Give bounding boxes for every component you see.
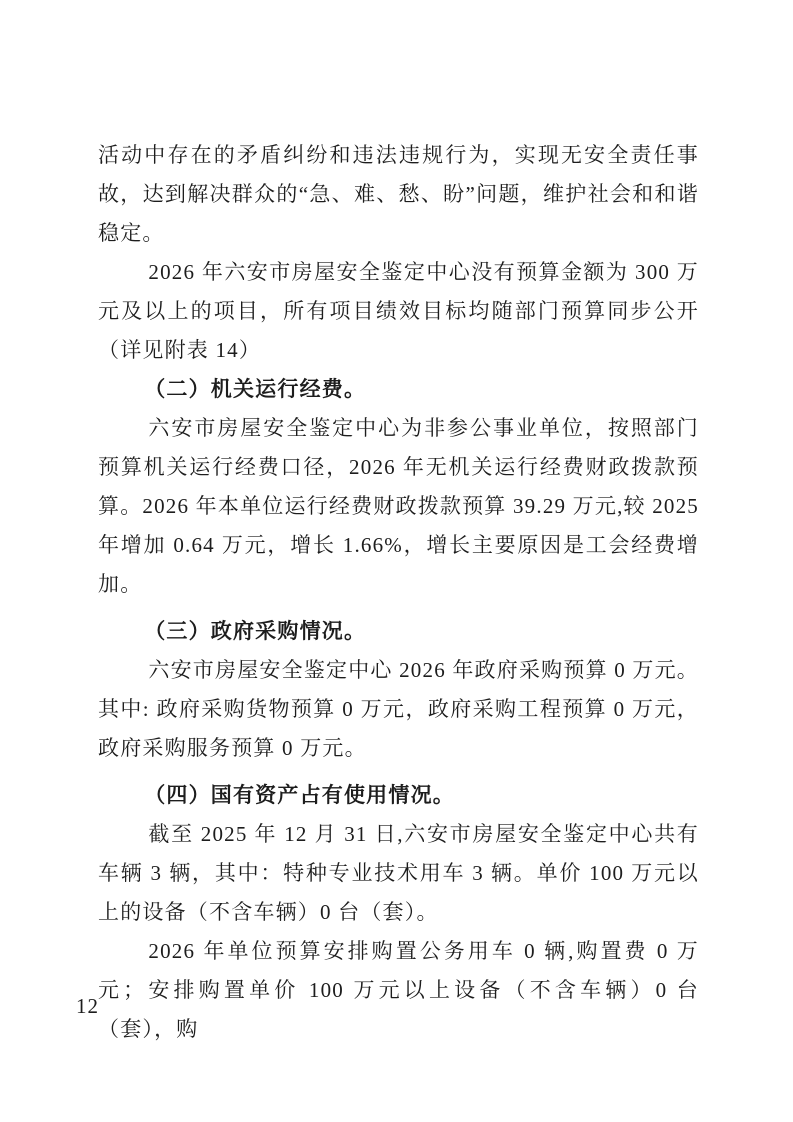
section-heading-agency-operating-expenses: （二）机关运行经费。 — [98, 370, 699, 409]
document-body: 活动中存在的矛盾纠纷和违法违规行为，实现无安全责任事故，达到解决群众的“急、难、… — [98, 136, 699, 1049]
paragraph-assets-vehicles-detail: 截至 2025 年 12 月 31 日,六安市房屋安全鉴定中心共有车辆 3 辆，… — [98, 815, 699, 932]
section-heading-state-owned-assets: （四）国有资产占有使用情况。 — [98, 776, 699, 815]
section-heading-government-procurement: （三）政府采购情况。 — [98, 612, 699, 651]
paragraph-operating-expenses-detail: 六安市房屋安全鉴定中心为非参公事业单位，按照部门预算机关运行经费口径，2026 … — [98, 409, 699, 604]
page-number: 12 — [76, 994, 99, 1018]
paragraph-procurement-detail: 六安市房屋安全鉴定中心 2026 年政府采购预算 0 万元。其中: 政府采购货物… — [98, 651, 699, 768]
document-page: 活动中存在的矛盾纠纷和违法违规行为，实现无安全责任事故，达到解决群众的“急、难、… — [0, 0, 793, 1122]
paragraph-social-stability-continuation: 活动中存在的矛盾纠纷和违法违规行为，实现无安全责任事故，达到解决群众的“急、难、… — [98, 136, 699, 253]
paragraph-project-performance-targets: 2026 年六安市房屋安全鉴定中心没有预算金额为 300 万元及以上的项目，所有… — [98, 253, 699, 370]
paragraph-2026-purchase-plan: 2026 年单位预算安排购置公务用车 0 辆,购置费 0 万元；安排购置单价 1… — [98, 932, 699, 1049]
